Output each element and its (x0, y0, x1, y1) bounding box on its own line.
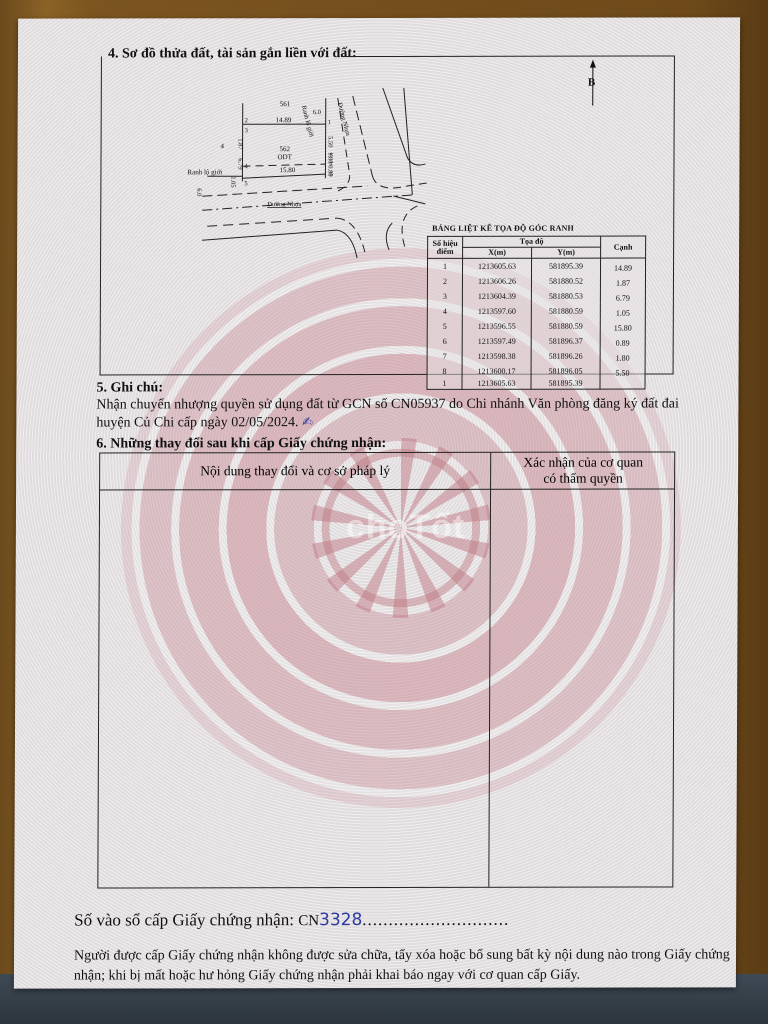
coordinate-cell-point: 2 (427, 274, 462, 289)
coordinate-row: 11213605.63581895.3914.89 (427, 258, 645, 274)
edge-left-lower-label: 1.05 (229, 176, 236, 187)
coordinate-row: 11213605.63581895.39 (427, 379, 645, 390)
coordinate-cell-y: 581880.53 (531, 289, 600, 304)
coordinate-cell-edge: 14.89 (600, 258, 645, 274)
vertex-3: 3 (245, 127, 248, 134)
vertex-1: 1 (328, 119, 331, 126)
coordinate-row: 71213598.38581896.261.80 (427, 349, 645, 364)
coordinate-cell-x: 1213605.63 (462, 258, 531, 274)
coordinate-row: 21213606.26581880.521.87 (427, 274, 645, 289)
land-certificate-page: choTốt 4. Sơ đồ thửa đất, tài sản gắn li… (14, 17, 740, 988)
coordinate-cell-point: 5 (427, 319, 462, 334)
registry-dots: ............................ (362, 910, 509, 929)
note-text: Nhận chuyển nhượng quyền sử dụng đất từ … (96, 396, 679, 430)
coordinate-cell-edge: 1.05 (600, 304, 645, 319)
coordinate-cell-point: 6 (427, 334, 462, 349)
coordinate-cell-edge: 15.80 (600, 319, 645, 334)
col-x-header: X(m) (463, 247, 532, 258)
road-width-bottom-label: 6.0 (195, 188, 202, 196)
vertex-2: 2 (245, 117, 248, 124)
col-edge-header: Cạnh (601, 236, 646, 258)
coordinate-row: 51213596.55581880.5915.80 (427, 319, 645, 334)
vertex-5: 5 (244, 180, 247, 187)
coordinate-cell-x: 1213605.63 (462, 379, 531, 390)
coordinate-cell-y: 581896.05 (531, 364, 600, 379)
coordinate-cell-y: 581880.59 (531, 319, 600, 334)
road-width-right-label: 6.0 (313, 109, 321, 116)
edge-bottom-label: 15.80 (279, 166, 295, 174)
section6-title: 6. Những thay đổi sau khi cấp Giấy chứng… (96, 436, 386, 453)
coordinate-cell-point: 3 (427, 289, 462, 304)
coordinate-cell-y: 581880.59 (531, 304, 600, 319)
coordinate-cell-y: 581896.37 (531, 334, 600, 349)
boundary-left-label: Ranh lộ giới (187, 168, 222, 176)
col-y-header: Y(m) (532, 247, 601, 258)
parcel-4-label: 4 (221, 142, 225, 150)
road-right-label: Đường Nhựa (336, 102, 351, 137)
coordinate-row: 41213597.60581880.591.05 (427, 304, 645, 319)
coordinate-row: 31213604.39581880.536.79 (427, 289, 645, 304)
registry-number: 3328 (319, 910, 362, 930)
coordinate-cell-edge: 1.87 (600, 274, 645, 289)
changes-col2-header: Xác nhận của cơ quan có thẩm quyền (492, 454, 674, 486)
parcel-561-label: 561 (280, 100, 291, 108)
coordinate-cell-edge: 1.80 (600, 349, 645, 364)
coordinate-cell-x: 1213604.39 (462, 289, 531, 304)
land-type-label: ODT (277, 153, 292, 161)
road-bottom-label: Đường Nhựa (267, 201, 301, 208)
col-coords-header: Tọa độ (463, 236, 601, 247)
parcel-562-label: 562 (280, 145, 291, 153)
col2-header-line1: Xác nhận của cơ quan (492, 454, 674, 470)
edge-top-label: 14.89 (276, 116, 292, 124)
registry-prefix: CN (298, 913, 319, 929)
col-point-header: Số hiệu điểm (428, 236, 463, 258)
legal-warning: Người được cấp Giấy chứng nhận không đượ… (74, 945, 734, 986)
coordinate-cell-x: 1213596.55 (462, 319, 531, 334)
section5-note: Nhận chuyển nhượng quyền sử dụng đất từ … (96, 395, 686, 432)
coordinate-cell-point: 8 (427, 364, 462, 379)
coordinate-cell-point: 4 (427, 304, 462, 319)
coordinate-cell-point: 1 (427, 258, 462, 274)
coordinate-cell-x: 1213600.17 (462, 364, 531, 379)
edge-left-mid-label: 6.79 (236, 158, 243, 169)
vertex-4: 4 (244, 163, 248, 170)
north-label: B (588, 77, 596, 89)
coordinate-cell-x: 1213597.60 (462, 304, 531, 319)
coordinate-cell-edge: 6.79 (600, 289, 645, 304)
land-plot-diagram: 561 562 ODT 4 14.89 15.80 Ranh lộ giới Đ… (167, 58, 448, 268)
coordinate-row: 81213600.17581896.055.50 (427, 364, 645, 379)
coordinate-cell-edge: 5.50 (600, 364, 645, 379)
coordinate-cell-point: 1 (427, 379, 462, 390)
vertex-8: 8 (330, 152, 333, 159)
coordinate-row: 61213597.49581896.370.89 (427, 334, 645, 349)
coordinate-table: Số hiệu điểm Tọa độ Cạnh X(m) Y(m) 11213… (426, 236, 646, 390)
coordinate-cell-edge: 0.89 (600, 334, 645, 349)
signature-mark: ✍ (302, 415, 313, 430)
coordinate-cell-x: 1213606.26 (462, 274, 531, 289)
coordinate-cell-point: 7 (427, 349, 462, 364)
changes-column-divider (488, 453, 491, 887)
coordinate-cell-y: 581880.52 (531, 274, 600, 289)
edge-right-upper-label: 5.50 (327, 136, 334, 147)
edge-left-upper-label: 1.87 (237, 138, 244, 150)
changes-table: Nội dung thay đổi và cơ sở pháp lý Xác n… (97, 451, 675, 888)
north-arrow-icon: B (578, 58, 608, 108)
coordinate-cell-y: 581896.26 (531, 349, 600, 364)
coordinate-cell-edge (600, 379, 645, 390)
coordinate-cell-y: 581895.39 (531, 258, 600, 274)
registry-number-line: Số vào sổ cấp Giấy chứng nhận: CN3328...… (74, 910, 509, 931)
registry-label: Số vào sổ cấp Giấy chứng nhận: (74, 910, 294, 929)
coordinate-cell-x: 1213598.38 (462, 349, 531, 364)
coordinate-table-title: BẢNG LIỆT KÊ TỌA ĐỘ GÓC RANH (432, 224, 574, 233)
section5-title: 5. Ghi chú: (96, 380, 163, 396)
changes-col1-header: Nội dung thay đổi và cơ sở pháp lý (100, 463, 490, 480)
coordinate-cell-x: 1213597.49 (462, 334, 531, 349)
coordinate-cell-y: 581895.39 (531, 379, 600, 390)
col2-header-line2: có thẩm quyền (492, 470, 674, 486)
